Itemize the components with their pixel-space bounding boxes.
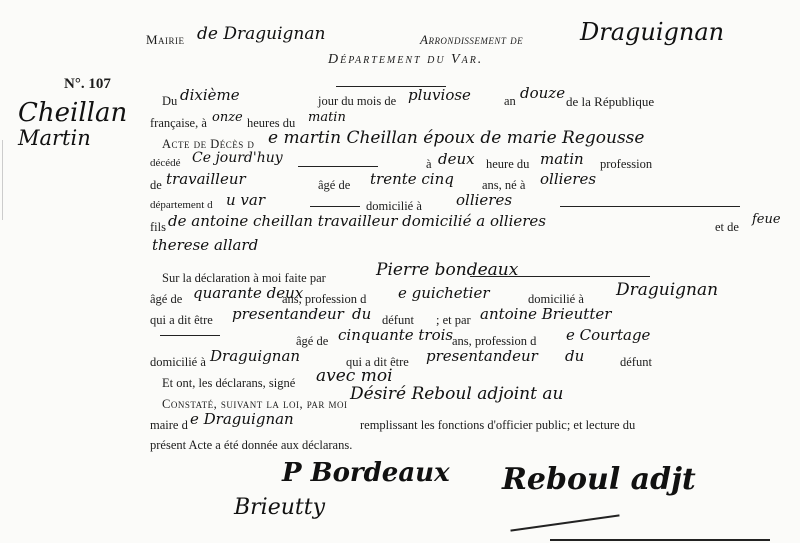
declarant1-profession: e guichetier (398, 284, 490, 302)
mother-start-value: feue (752, 212, 781, 227)
declarant2-relation: presentandeur (426, 347, 538, 365)
fils-label: fils (150, 220, 166, 235)
du-label: Du (162, 94, 177, 109)
margin-surname: Cheillan (18, 98, 127, 128)
declarant1-relation-label: qui a dit être (150, 313, 213, 328)
maire-label: maire d (150, 418, 188, 433)
year-value: douze (520, 84, 565, 102)
mairie-label: Mairie (146, 32, 185, 48)
blank-rule (560, 206, 740, 207)
month-value: pluviose (408, 86, 471, 104)
republique-label: de la République (566, 94, 654, 110)
blank-rule (298, 166, 378, 167)
age-value: trente cinq (370, 170, 454, 188)
margin-firstname: Martin (18, 126, 91, 150)
mairie-value: de Draguignan (197, 24, 325, 44)
declarant2-age: cinquante trois (338, 326, 453, 344)
deceased-value: e martin Cheillan époux de marie Regouss… (268, 128, 644, 148)
declarant1-relation: presentandeur (232, 305, 344, 323)
birthplace-value: ollieres (540, 170, 596, 188)
closing-label: présent Acte a été donnée aux déclarans. (150, 438, 352, 453)
declarant1-du: du (352, 305, 371, 323)
blank-rule (310, 206, 360, 207)
mother-value: therese allard (152, 236, 258, 254)
declarant2-domicile-label: domicilié à (150, 355, 206, 370)
blank-rule (470, 276, 650, 277)
officer-value: Désiré Reboul adjoint au (350, 384, 563, 404)
death-date-value: Ce jourd'huy (192, 150, 283, 166)
an-label: an (504, 94, 516, 109)
departement-title: Département du Var. (328, 52, 483, 68)
bottom-rule (550, 539, 770, 541)
father-value: de antoine cheillan travailleur domicili… (168, 212, 546, 230)
et-ont-label: Et ont, les déclarans, signé (162, 376, 295, 391)
profession-label: profession (600, 157, 652, 172)
death-time-value: matin (540, 150, 584, 168)
et-de-label: et de (715, 220, 739, 235)
departement-label: département d (150, 199, 213, 211)
margin-line (2, 140, 3, 220)
death-hour-value: deux (438, 150, 475, 168)
day-value: dixième (180, 86, 240, 104)
time-of-day-value: matin (308, 110, 346, 125)
signature-bordeaux: P Bordeaux (282, 458, 450, 488)
declarant1-domicile: Draguignan (616, 280, 718, 300)
record-number: N°. 107 (64, 76, 111, 93)
declarant2-age-label: âgé de (296, 334, 328, 349)
signature-flourish (510, 514, 619, 531)
signature-brieutty: Brieutty (234, 495, 325, 520)
declarant2-du: du (565, 347, 584, 365)
profession-value: travailleur (166, 170, 246, 188)
declarant2-name: antoine Brieutter (480, 305, 611, 323)
declarant2-defunt-label: défunt (620, 355, 652, 370)
signature-reboul: Reboul adjt (502, 462, 696, 497)
maire-value: e Draguignan (190, 410, 294, 428)
arrondissement-label: Arrondissement de (420, 32, 523, 48)
signe-value: avec moi (316, 366, 393, 386)
decede-label: décédé (150, 157, 181, 169)
declarant1-name: Pierre bondeaux (376, 260, 518, 280)
arrondissement-value: Draguignan (580, 18, 724, 46)
hour-value: onze (212, 110, 243, 125)
remplissant-label: remplissant les fonctions d'officier pub… (360, 418, 635, 433)
departement-value: u var (226, 191, 265, 209)
francaise-label: française, à (150, 116, 207, 131)
jour-label: jour du mois de (318, 94, 396, 109)
domicile-value: ollieres (456, 191, 512, 209)
declarant1-age-label: âgé de (150, 292, 182, 307)
age-label: âgé de (318, 178, 350, 193)
heure-du-label: heure du (486, 157, 529, 172)
de-label: de (150, 178, 162, 193)
declarant2-domicile: Draguignan (210, 347, 300, 365)
blank-rule (160, 335, 220, 336)
declarant2-profession: e Courtage (566, 326, 650, 344)
